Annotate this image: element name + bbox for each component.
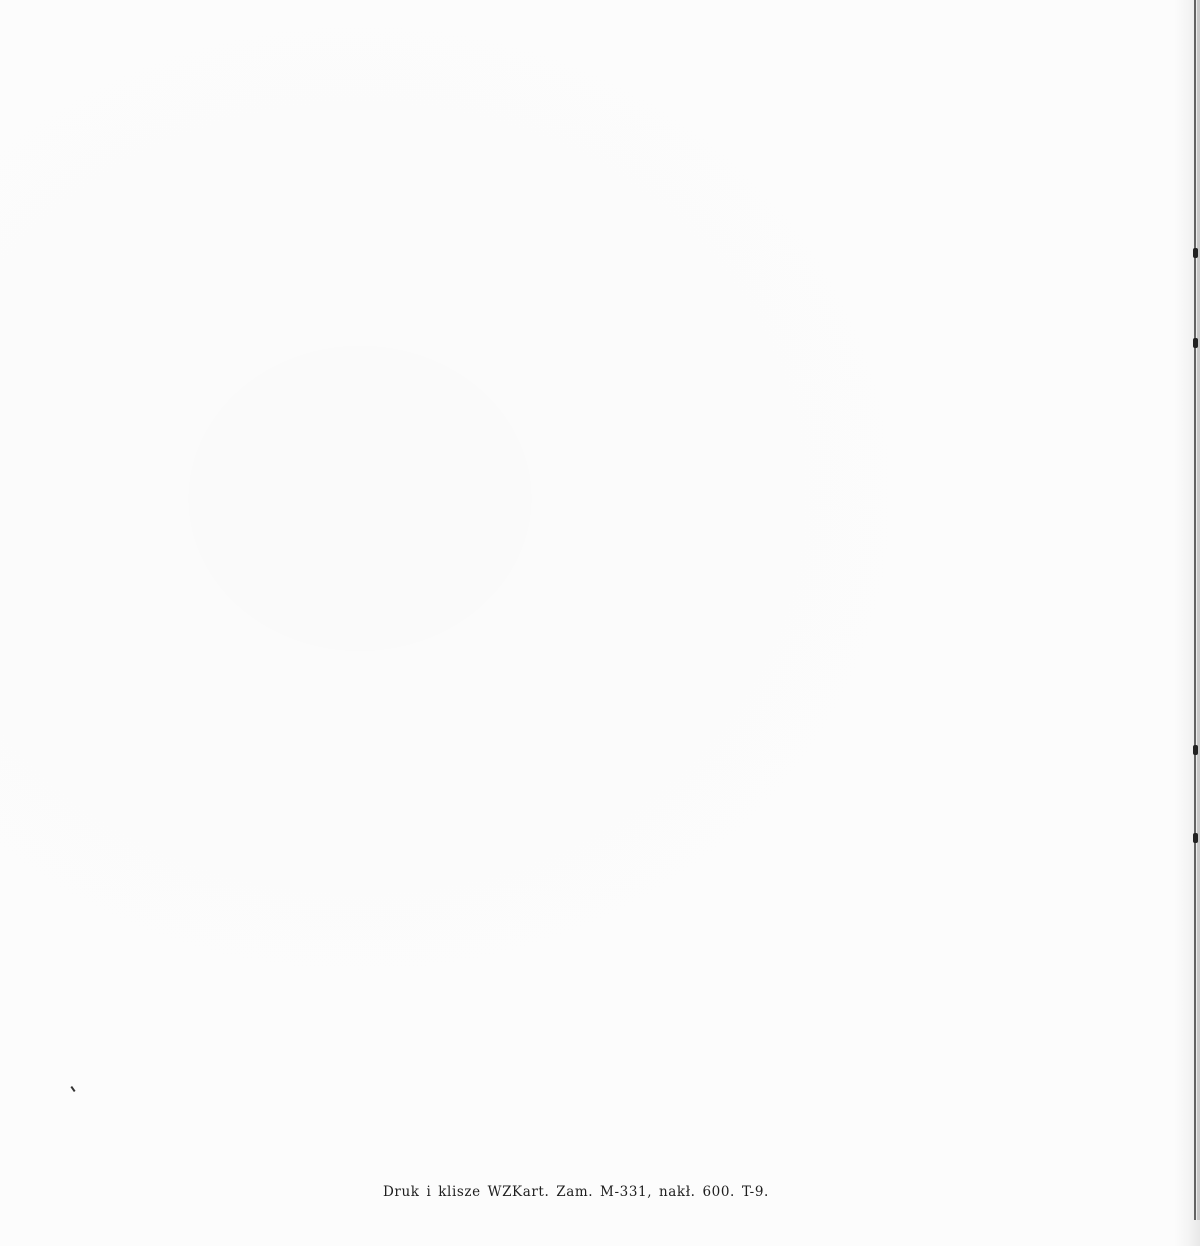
ink-speck [70, 1086, 75, 1092]
scanned-page: Druk i klisze WZKart. Zam. M-331, nakł. … [0, 0, 1200, 1246]
binding-mark [1193, 745, 1198, 755]
binding-mark [1193, 248, 1198, 258]
binding-mark [1193, 338, 1198, 348]
printer-colophon: Druk i klisze WZKart. Zam. M-331, nakł. … [383, 1184, 769, 1200]
binding-edge-line [1194, 0, 1196, 1220]
binding-mark [1193, 833, 1198, 843]
